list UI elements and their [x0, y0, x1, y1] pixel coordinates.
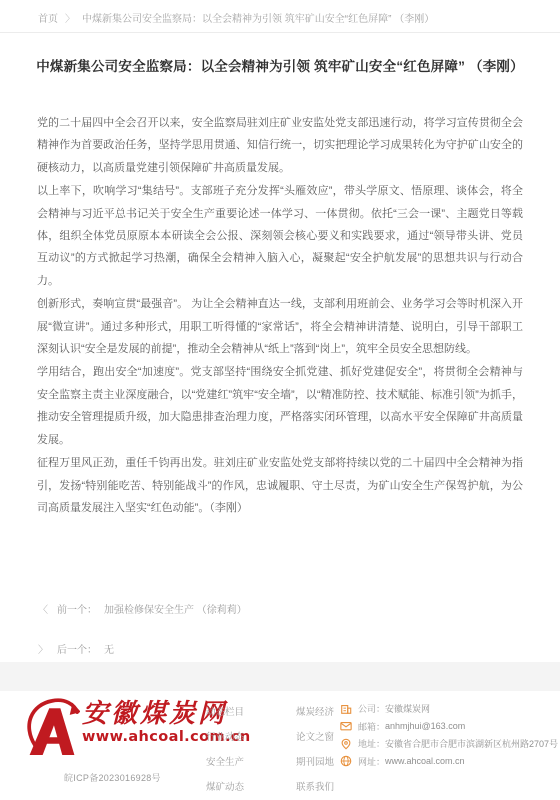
footer-link-anquan-shengchan[interactable]: 安全生产: [206, 754, 244, 768]
pager-prev-label: 前一个：: [57, 605, 97, 616]
contact-address-row: 地址： 安徽省合肥市合肥市滨湖新区杭州路2707号: [340, 737, 558, 750]
article-paragraph: 征程万里风正劲，重任千钧再出发。驻刘庄矿业安监处党支部将持续以党的二十届四中全会…: [37, 452, 523, 519]
header-divider: [0, 32, 560, 33]
footer-link-hangye-dongtai[interactable]: 行业动态: [206, 729, 244, 743]
contact-email-value: anhmjhui@163.com: [385, 721, 465, 731]
breadcrumb-current: 中煤新集公司安全监察局：以全会精神为引领 筑牢矿山安全“红色屏障” （李刚）: [82, 14, 434, 25]
pager-prev-link[interactable]: 加强检修保安全生产 （徐莉莉）: [104, 605, 247, 616]
mail-icon: [340, 720, 352, 732]
contact-address-value: 安徽省合肥市合肥市滨湖新区杭州路2707号: [385, 737, 558, 750]
contact-email-row: 邮箱： anhmjhui@163.com: [340, 720, 558, 733]
location-icon: [340, 738, 352, 750]
building-icon: [340, 703, 352, 715]
contact-company-value: 安徽煤炭网: [385, 702, 430, 715]
footer-link-meitan-jingji[interactable]: 煤炭经济: [296, 704, 334, 718]
breadcrumb-home-link[interactable]: 首页: [38, 14, 58, 25]
footer-link-meikuang-dongtai[interactable]: 煤矿动态: [206, 779, 244, 793]
contact-company-row: 公司： 安徽煤炭网: [340, 702, 558, 715]
breadcrumb: 首页〉中煤新集公司安全监察局：以全会精神为引领 筑牢矿山安全“红色屏障” （李刚…: [38, 10, 544, 25]
brand-logo-icon: [24, 697, 80, 762]
article-paragraph: 党的二十届四中全会召开以来，安全监察局驻刘庄矿业安监处党支部迅速行动，将学习宣传…: [37, 112, 523, 179]
globe-icon: [340, 755, 352, 767]
article-paragraph: 创新形式，奏响宣贯“最强音”。 为让全会精神直达一线，支部利用班前会、业务学习会…: [37, 293, 523, 360]
footer-separator-band: [0, 662, 560, 691]
pager-prev-row: 〈前一个：加强检修保安全生产 （徐莉莉）: [38, 601, 247, 616]
pager-next-row: 〉后一个：无: [38, 641, 114, 656]
article-paragraph: 以上率下，吹响学习“集结号”。支部班子充分发挥“头雁效应”，带头学原文、悟原理、…: [37, 180, 523, 292]
footer-contacts: 公司： 安徽煤炭网 邮箱： anhmjhui@163.com 地址： 安徽省合肥…: [340, 702, 558, 772]
contact-website-label: 网址：: [358, 755, 385, 768]
footer-link-dongtai-lanmu[interactable]: 动态栏目: [206, 704, 244, 718]
contact-website-row: 网址： www.ahcoal.com.cn: [340, 755, 558, 768]
contact-address-label: 地址：: [358, 737, 385, 750]
footer: 安徽煤炭网 www.ahcoal.com.cn 皖ICP备2023016928号…: [0, 691, 560, 800]
footer-nav-column-2: 煤炭经济 论文之窗 期刊园地 联系我们: [296, 704, 334, 800]
footer-nav-column-1: 动态栏目 行业动态 安全生产 煤矿动态: [206, 704, 244, 800]
breadcrumb-separator: 〉: [65, 14, 75, 25]
article-body: 党的二十届四中全会召开以来，安全监察局驻刘庄矿业安监处党支部迅速行动，将学习宣传…: [37, 112, 523, 520]
article-paragraph: 学用结合，跑出安全“加速度”。党支部坚持“围绕安全抓党建、抓好党建促安全”，将贯…: [37, 361, 523, 451]
contact-website-value: www.ahcoal.com.cn: [385, 756, 465, 766]
pager-next-value: 无: [104, 645, 114, 656]
footer-link-lianxi-women[interactable]: 联系我们: [296, 779, 334, 793]
footer-link-lunwen-zhichuang[interactable]: 论文之窗: [296, 729, 334, 743]
chevron-right-icon: 〉: [38, 645, 48, 656]
footer-link-qikan-yuandi[interactable]: 期刊园地: [296, 754, 334, 768]
chevron-left-icon: 〈: [38, 605, 48, 616]
pager-next-label: 后一个：: [57, 645, 97, 656]
article-page: 首页〉中煤新集公司安全监察局：以全会精神为引领 筑牢矿山安全“红色屏障” （李刚…: [0, 0, 560, 800]
page-title: 中煤新集公司安全监察局：以全会精神为引领 筑牢矿山安全“红色屏障” （李刚）: [30, 55, 530, 75]
contact-email-label: 邮箱：: [358, 720, 385, 733]
contact-company-label: 公司：: [358, 702, 385, 715]
